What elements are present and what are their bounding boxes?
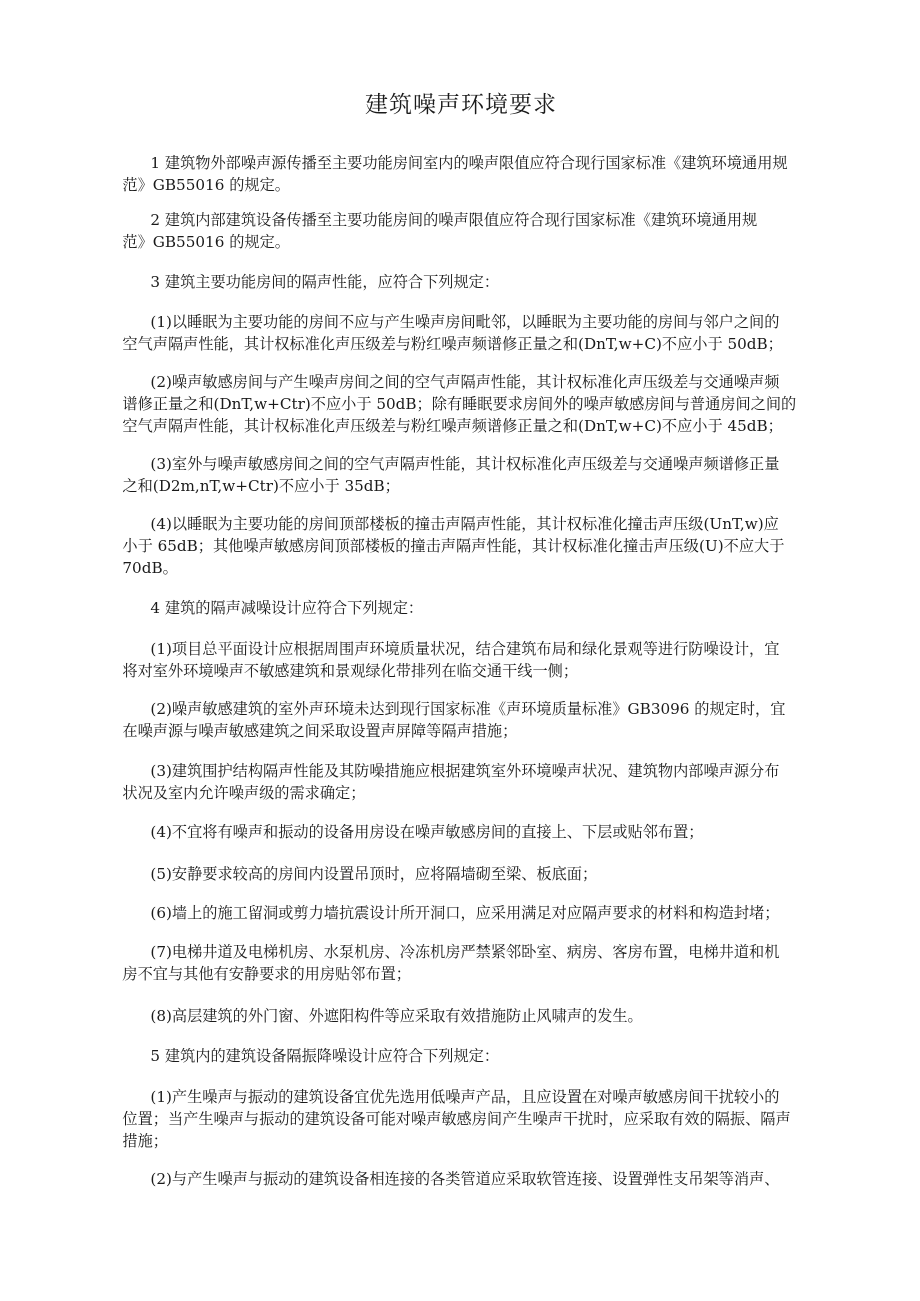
paragraph-5: 5 建筑内的建筑设备隔振降噪设计应符合下列规定： [92, 1045, 830, 1067]
paragraph-4: 4 建筑的隔声减噪设计应符合下列规定： [92, 597, 830, 619]
paragraph-line: 之和(D2m,nT,w+Ctr)不应小于 35dB； [92, 475, 830, 497]
paragraph-line: 在噪声源与噪声敏感建筑之间采取设置声屏障等隔声措施； [92, 720, 830, 742]
paragraph-line: (5)安静要求较高的房间内设置吊顶时，应将隔墙砌至梁、板底面； [92, 863, 830, 885]
paragraph-line: 谱修正量之和(DnT,w+Ctr)不应小于 50dB；除有睡眠要求房间外的噪声敏… [92, 393, 830, 415]
paragraph-4-5: (5)安静要求较高的房间内设置吊顶时，应将隔墙砌至梁、板底面； [92, 863, 830, 885]
paragraph-4-4: (4)不宜将有噪声和振动的设备用房设在噪声敏感房间的直接上、下层或贴邻布置； [92, 821, 830, 843]
paragraph-line: (3)建筑围护结构隔声性能及其防噪措施应根据建筑室外环境噪声状况、建筑物内部噪声… [92, 760, 830, 782]
paragraph-3-1: (1)以睡眠为主要功能的房间不应与产生噪声房间毗邻，以睡眠为主要功能的房间与邻户… [92, 311, 830, 355]
paragraph-line: 位置；当产生噪声与振动的建筑设备可能对噪声敏感房间产生噪声干扰时，应采取有效的隔… [92, 1108, 830, 1130]
paragraph-5-2: (2)与产生噪声与振动的建筑设备相连接的各类管道应采取软管连接、设置弹性支吊架等… [92, 1168, 830, 1190]
paragraph-line: 小于 65dB；其他噪声敏感房间顶部楼板的撞击声隔声性能，其计权标准化撞击声压级… [92, 535, 830, 557]
paragraph-line: (2)与产生噪声与振动的建筑设备相连接的各类管道应采取软管连接、设置弹性支吊架等… [92, 1168, 830, 1190]
paragraph-4-6: (6)墙上的施工留洞或剪力墙抗震设计所开洞口，应采用满足对应隔声要求的材料和构造… [92, 902, 830, 924]
paragraph-line: (2)噪声敏感建筑的室外声环境未达到现行国家标准《声环境质量标准》GB3096 … [92, 698, 830, 720]
paragraph-line: 空气声隔声性能，其计权标准化声压级差与粉红噪声频谱修正量之和(DnT,w+C)不… [92, 333, 830, 355]
paragraph-3: 3 建筑主要功能房间的隔声性能，应符合下列规定： [92, 271, 830, 293]
paragraph-line: (8)高层建筑的外门窗、外遮阳构件等应采取有效措施防止风啸声的发生。 [92, 1005, 830, 1027]
paragraph-line: (7)电梯井道及电梯机房、水泵机房、冷冻机房严禁紧邻卧室、病房、客房布置，电梯井… [92, 941, 830, 963]
paragraph-line: 空气声隔声性能，其计权标准化声压级差与粉红噪声频谱修正量之和(DnT,w+C)不… [92, 415, 830, 437]
paragraph-5-1: (1)产生噪声与振动的建筑设备宜优先选用低噪声产品，且应设置在对噪声敏感房间干扰… [92, 1086, 830, 1152]
document-title: 建筑噪声环境要求 [92, 90, 830, 120]
paragraph-4-7: (7)电梯井道及电梯机房、水泵机房、冷冻机房严禁紧邻卧室、病房、客房布置，电梯井… [92, 941, 830, 985]
paragraph-line: (6)墙上的施工留洞或剪力墙抗震设计所开洞口，应采用满足对应隔声要求的材料和构造… [92, 902, 830, 924]
paragraph-line: 房不宜与其他有安静要求的用房贴邻布置； [92, 963, 830, 985]
paragraph-4-8: (8)高层建筑的外门窗、外遮阳构件等应采取有效措施防止风啸声的发生。 [92, 1005, 830, 1027]
paragraph-4-1: (1)项目总平面设计应根据周围声环境质量状况，结合建筑布局和绿化景观等进行防噪设… [92, 638, 830, 682]
paragraph-line: 70dB。 [92, 557, 830, 579]
paragraph-3-3: (3)室外与噪声敏感房间之间的空气声隔声性能，其计权标准化声压级差与交通噪声频谱… [92, 453, 830, 497]
paragraph-line: 3 建筑主要功能房间的隔声性能，应符合下列规定： [92, 271, 830, 293]
paragraph-3-4: (4)以睡眠为主要功能的房间顶部楼板的撞击声隔声性能，其计权标准化撞击声压级(U… [92, 513, 830, 579]
paragraph-line: (1)产生噪声与振动的建筑设备宜优先选用低噪声产品，且应设置在对噪声敏感房间干扰… [92, 1086, 830, 1108]
paragraph-line: 4 建筑的隔声减噪设计应符合下列规定： [92, 597, 830, 619]
paragraph-line: (3)室外与噪声敏感房间之间的空气声隔声性能，其计权标准化声压级差与交通噪声频谱… [92, 453, 830, 475]
paragraph-line: 5 建筑内的建筑设备隔振降噪设计应符合下列规定： [92, 1045, 830, 1067]
paragraph-line: 将对室外环境噪声不敏感建筑和景观绿化带排列在临交通干线一侧； [92, 660, 830, 682]
paragraph-line: (4)不宜将有噪声和振动的设备用房设在噪声敏感房间的直接上、下层或贴邻布置； [92, 821, 830, 843]
paragraph-line: 范》GB55016 的规定。 [92, 174, 830, 196]
paragraph-1: 1 建筑物外部噪声源传播至主要功能房间室内的噪声限值应符合现行国家标准《建筑环境… [92, 152, 830, 196]
paragraph-line: (1)项目总平面设计应根据周围声环境质量状况，结合建筑布局和绿化景观等进行防噪设… [92, 638, 830, 660]
paragraph-line: 范》GB55016 的规定。 [92, 231, 830, 253]
paragraph-3-2: (2)噪声敏感房间与产生噪声房间之间的空气声隔声性能，其计权标准化声压级差与交通… [92, 371, 830, 437]
paragraph-line: (4)以睡眠为主要功能的房间顶部楼板的撞击声隔声性能，其计权标准化撞击声压级(U… [92, 513, 830, 535]
paragraph-2: 2 建筑内部建筑设备传播至主要功能房间的噪声限值应符合现行国家标准《建筑环境通用… [92, 209, 830, 253]
paragraph-line: 2 建筑内部建筑设备传播至主要功能房间的噪声限值应符合现行国家标准《建筑环境通用… [92, 209, 830, 231]
paragraph-4-2: (2)噪声敏感建筑的室外声环境未达到现行国家标准《声环境质量标准》GB3096 … [92, 698, 830, 742]
paragraph-line: (2)噪声敏感房间与产生噪声房间之间的空气声隔声性能，其计权标准化声压级差与交通… [92, 371, 830, 393]
paragraph-line: 状况及室内允许噪声级的需求确定； [92, 782, 830, 804]
paragraph-line: (1)以睡眠为主要功能的房间不应与产生噪声房间毗邻，以睡眠为主要功能的房间与邻户… [92, 311, 830, 333]
paragraph-line: 措施； [92, 1130, 830, 1152]
paragraph-line: 1 建筑物外部噪声源传播至主要功能房间室内的噪声限值应符合现行国家标准《建筑环境… [92, 152, 830, 174]
paragraph-4-3: (3)建筑围护结构隔声性能及其防噪措施应根据建筑室外环境噪声状况、建筑物内部噪声… [92, 760, 830, 804]
